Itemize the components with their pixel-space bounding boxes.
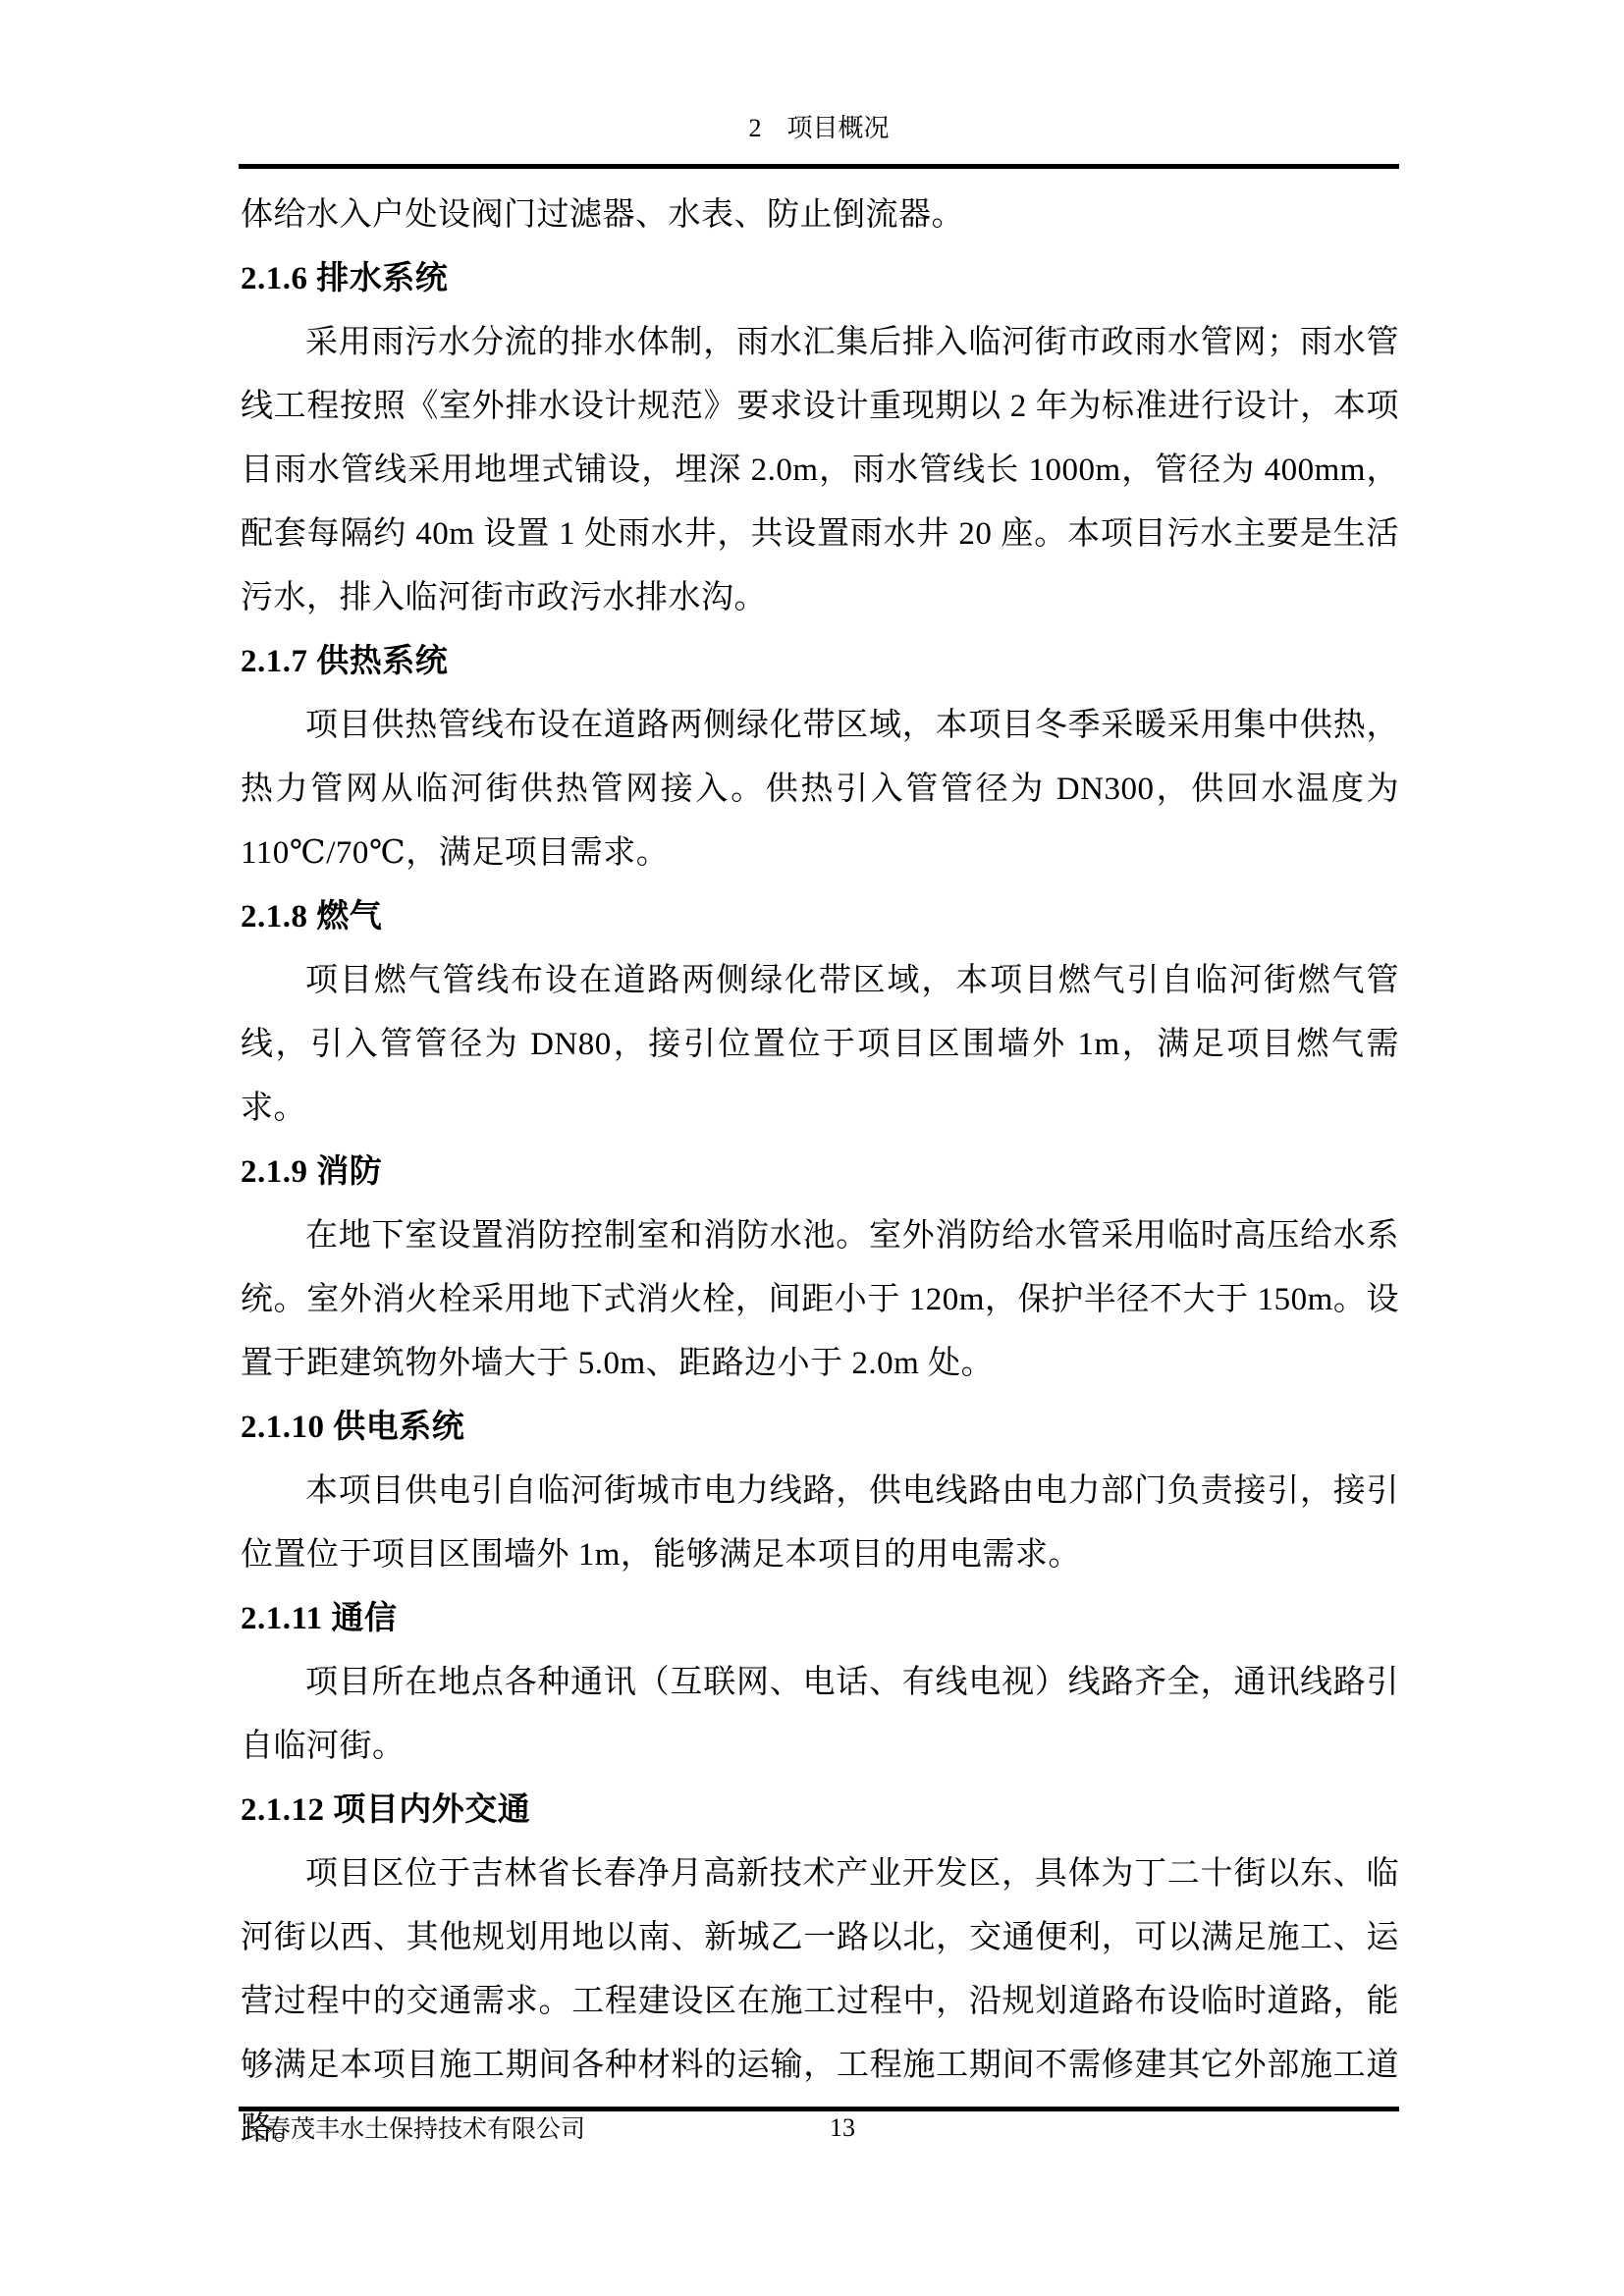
- section-paragraph: 项目区位于吉林省长春净月高新技术产业开发区，具体为丁二十街以东、临河街以西、其他…: [241, 1842, 1399, 2162]
- section-paragraph: 项目燃气管线布设在道路两侧绿化带区域，本项目燃气引自临河街燃气管线，引入管管径为…: [241, 949, 1399, 1141]
- section-heading: 2.1.9 消防: [241, 1141, 1399, 1204]
- page-header-title: 2 项目概况: [239, 114, 1399, 143]
- section-heading: 2.1.7 供热系统: [241, 630, 1399, 694]
- document-body: 体给水入户处设阀门过滤器、水表、防止倒流器。 2.1.6 排水系统 采用雨污水分…: [241, 184, 1399, 2162]
- section-paragraph: 本项目供电引自临河街城市电力线路，供电线路由电力部门负责接引，接引位置位于项目区…: [241, 1460, 1399, 1587]
- section-paragraph: 采用雨污水分流的排水体制，雨水汇集后排入临河街市政雨水管网；雨水管线工程按照《室…: [241, 311, 1399, 630]
- header-divider-rule: [239, 164, 1399, 169]
- document-page: 2 项目概况 体给水入户处设阀门过滤器、水表、防止倒流器。 2.1.6 排水系统…: [0, 0, 1624, 2296]
- footer-company-name: 长春茂丰水土保持技术有限公司: [242, 2115, 585, 2145]
- section-2-1-9: 2.1.9 消防 在地下室设置消防控制室和消防水池。室外消防给水管采用临时高压给…: [241, 1141, 1399, 1396]
- section-paragraph: 项目所在地点各种通讯（互联网、电话、有线电视）线路齐全，通讯线路引自临河街。: [241, 1651, 1399, 1779]
- section-2-1-7: 2.1.7 供热系统 项目供热管线布设在道路两侧绿化带区域，本项目冬季采暖采用集…: [241, 630, 1399, 885]
- section-heading: 2.1.6 排水系统: [241, 247, 1399, 311]
- continuation-paragraph: 体给水入户处设阀门过滤器、水表、防止倒流器。: [241, 184, 1399, 247]
- section-2-1-8: 2.1.8 燃气 项目燃气管线布设在道路两侧绿化带区域，本项目燃气引自临河街燃气…: [241, 885, 1399, 1141]
- section-2-1-11: 2.1.11 通信 项目所在地点各种通讯（互联网、电话、有线电视）线路齐全，通讯…: [241, 1587, 1399, 1779]
- section-heading: 2.1.8 燃气: [241, 885, 1399, 949]
- section-paragraph: 项目供热管线布设在道路两侧绿化带区域，本项目冬季采暖采用集中供热，热力管网从临河…: [241, 694, 1399, 885]
- section-heading: 2.1.11 通信: [241, 1587, 1399, 1651]
- footer-page-number: 13: [830, 2113, 855, 2143]
- section-2-1-10: 2.1.10 供电系统 本项目供电引自临河街城市电力线路，供电线路由电力部门负责…: [241, 1396, 1399, 1587]
- section-heading: 2.1.10 供电系统: [241, 1396, 1399, 1460]
- section-2-1-6: 2.1.6 排水系统 采用雨污水分流的排水体制，雨水汇集后排入临河街市政雨水管网…: [241, 247, 1399, 630]
- section-paragraph: 在地下室设置消防控制室和消防水池。室外消防给水管采用临时高压给水系统。室外消火栓…: [241, 1204, 1399, 1396]
- section-2-1-12: 2.1.12 项目内外交通 项目区位于吉林省长春净月高新技术产业开发区，具体为丁…: [241, 1779, 1399, 2162]
- footer-divider-rule: [239, 2107, 1399, 2111]
- section-heading: 2.1.12 项目内外交通: [241, 1779, 1399, 1842]
